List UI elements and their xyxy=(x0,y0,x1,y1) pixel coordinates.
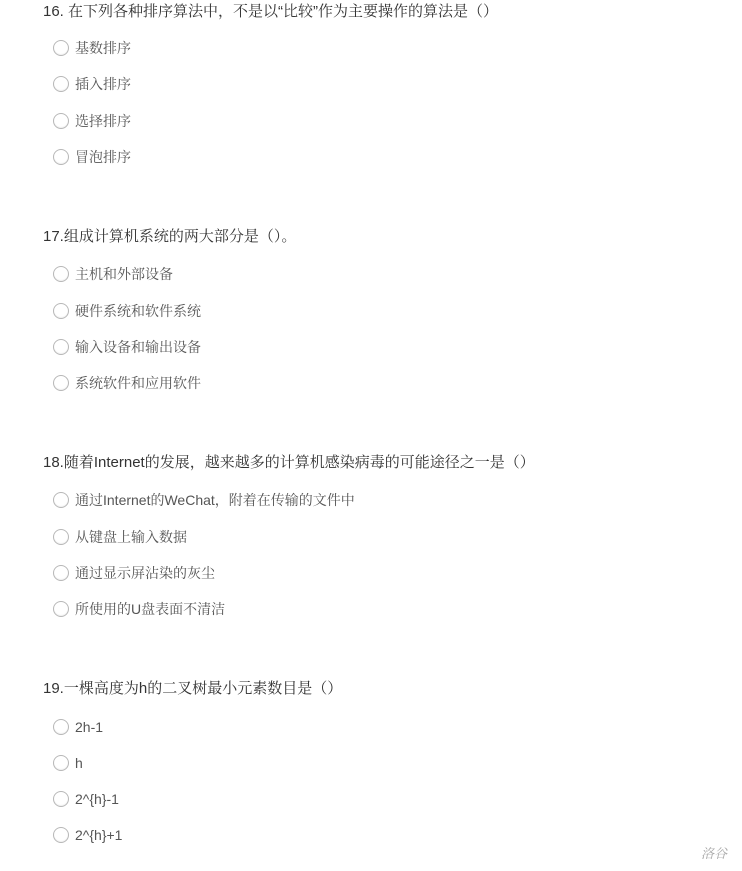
option-label: 系统软件和应用软件 xyxy=(75,372,201,394)
option-label: 冒泡排序 xyxy=(75,146,131,168)
option-d[interactable]: 2^{h}+1 xyxy=(53,824,122,846)
radio-button[interactable] xyxy=(53,719,69,735)
radio-button[interactable] xyxy=(53,266,69,282)
question-title: 19.一棵高度为h的二叉树最小元素数目是（） xyxy=(43,677,342,701)
option-label: 通过Internet的WeChat，附着在传输的文件中 xyxy=(75,489,355,511)
radio-button[interactable] xyxy=(53,529,69,545)
option-a[interactable]: 基数排序 xyxy=(53,37,131,59)
option-b[interactable]: 从键盘上输入数据 xyxy=(53,526,187,548)
option-label: 2^{h}-1 xyxy=(75,788,119,810)
option-c[interactable]: 输入设备和输出设备 xyxy=(53,336,201,358)
question-18: 18.随着Internet的发展，越来越多的计算机感染病毒的可能途径之一是（） … xyxy=(43,451,535,475)
option-label: 硬件系统和软件系统 xyxy=(75,300,201,322)
option-label: 通过显示屏沾染的灰尘 xyxy=(75,562,215,584)
option-b[interactable]: 硬件系统和软件系统 xyxy=(53,300,201,322)
watermark: 洛谷 xyxy=(701,843,727,862)
option-label: 2^{h}+1 xyxy=(75,824,122,846)
radio-button[interactable] xyxy=(53,791,69,807)
option-d[interactable]: 冒泡排序 xyxy=(53,146,131,168)
option-label: 插入排序 xyxy=(75,73,131,95)
question-19: 19.一棵高度为h的二叉树最小元素数目是（） 2h-1 h 2^{h}-1 2^… xyxy=(43,677,342,701)
radio-button[interactable] xyxy=(53,827,69,843)
option-label: 输入设备和输出设备 xyxy=(75,336,201,358)
radio-button[interactable] xyxy=(53,492,69,508)
option-d[interactable]: 所使用的U盘表面不清洁 xyxy=(53,598,225,620)
radio-button[interactable] xyxy=(53,149,69,165)
radio-button[interactable] xyxy=(53,755,69,771)
radio-button[interactable] xyxy=(53,40,69,56)
question-16: 16. 在下列各种排序算法中，不是以“比较”作为主要操作的算法是（） 基数排序 … xyxy=(43,0,498,24)
question-title: 17.组成计算机系统的两大部分是（）。 xyxy=(43,225,296,249)
radio-button[interactable] xyxy=(53,303,69,319)
option-a[interactable]: 2h-1 xyxy=(53,716,103,738)
radio-button[interactable] xyxy=(53,565,69,581)
radio-button[interactable] xyxy=(53,113,69,129)
option-c[interactable]: 选择排序 xyxy=(53,110,131,132)
option-label: 从键盘上输入数据 xyxy=(75,526,187,548)
question-17: 17.组成计算机系统的两大部分是（）。 主机和外部设备 硬件系统和软件系统 输入… xyxy=(43,225,296,249)
option-label: 基数排序 xyxy=(75,37,131,59)
radio-button[interactable] xyxy=(53,339,69,355)
option-a[interactable]: 通过Internet的WeChat，附着在传输的文件中 xyxy=(53,489,355,511)
option-d[interactable]: 系统软件和应用软件 xyxy=(53,372,201,394)
option-label: h xyxy=(75,752,83,774)
option-a[interactable]: 主机和外部设备 xyxy=(53,263,173,285)
option-label: 2h-1 xyxy=(75,716,103,738)
option-label: 所使用的U盘表面不清洁 xyxy=(75,598,225,620)
option-label: 主机和外部设备 xyxy=(75,263,173,285)
question-title: 16. 在下列各种排序算法中，不是以“比较”作为主要操作的算法是（） xyxy=(43,0,498,24)
option-c[interactable]: 2^{h}-1 xyxy=(53,788,119,810)
radio-button[interactable] xyxy=(53,375,69,391)
radio-button[interactable] xyxy=(53,76,69,92)
option-b[interactable]: h xyxy=(53,752,83,774)
question-title: 18.随着Internet的发展，越来越多的计算机感染病毒的可能途径之一是（） xyxy=(43,451,535,475)
radio-button[interactable] xyxy=(53,601,69,617)
option-b[interactable]: 插入排序 xyxy=(53,73,131,95)
option-label: 选择排序 xyxy=(75,110,131,132)
option-c[interactable]: 通过显示屏沾染的灰尘 xyxy=(53,562,215,584)
